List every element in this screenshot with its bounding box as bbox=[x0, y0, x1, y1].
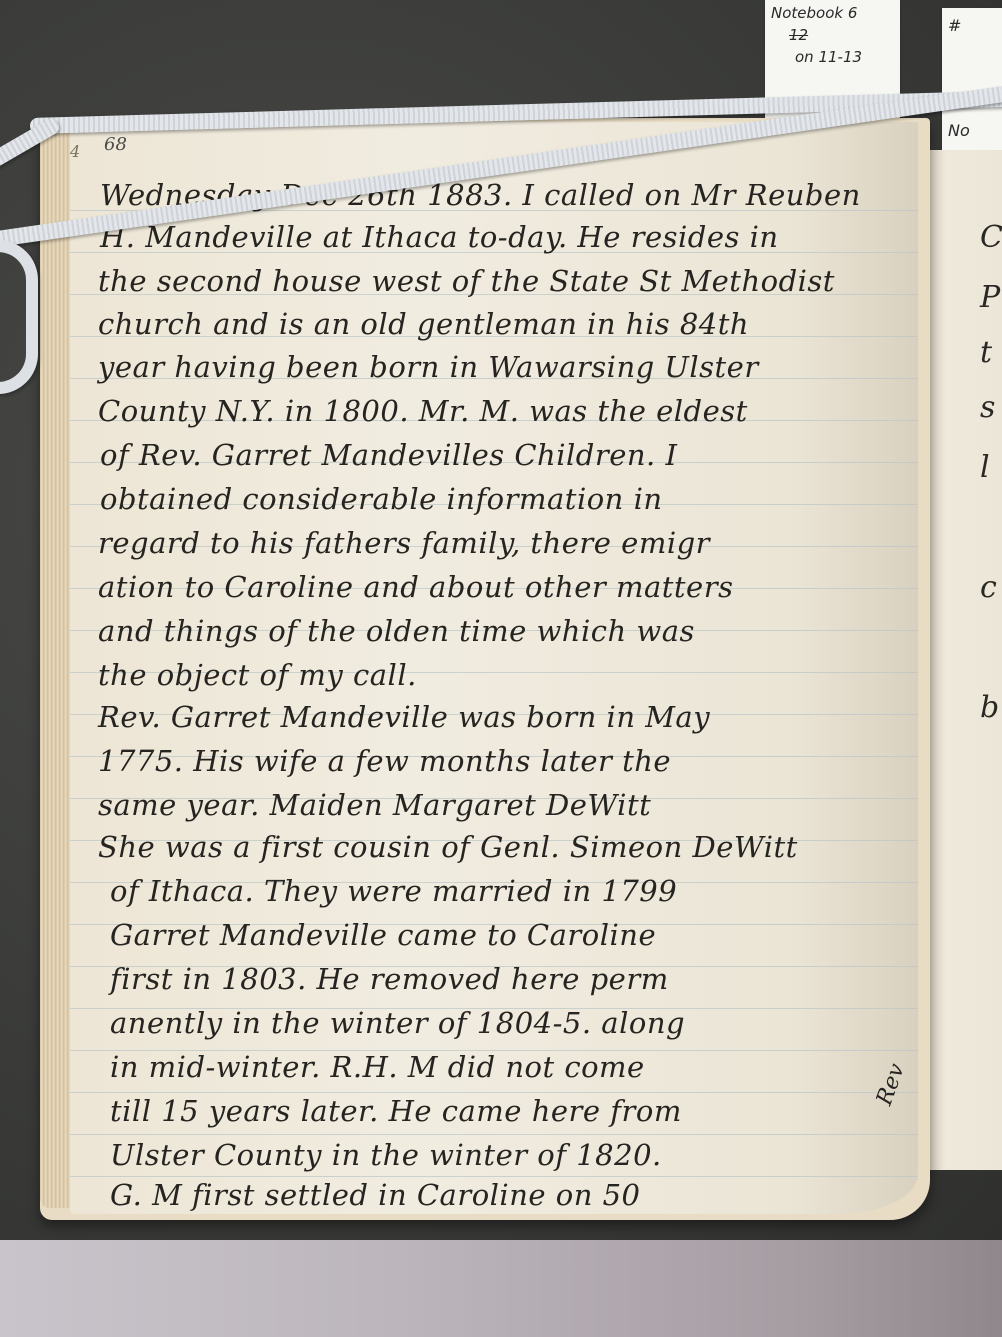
handwritten-line: Ulster County in the winter of 1820. bbox=[110, 1138, 662, 1172]
facing-text-fragment: b bbox=[980, 690, 999, 725]
handwritten-line: of Ithaca. They were married in 1799 bbox=[110, 874, 677, 908]
tab-label-crossed-number: 12 bbox=[771, 24, 894, 46]
notebook-page: 4 68 Wednesday Dec 26th 1883. I called o… bbox=[70, 122, 918, 1214]
handwritten-line: the object of my call. bbox=[98, 658, 417, 692]
facing-page: C P t s l c b bbox=[920, 150, 1002, 1170]
handwritten-line: G. M first settled in Caroline on 50 bbox=[110, 1178, 641, 1212]
handwritten-line: She was a first cousin of Genl. Simeon D… bbox=[98, 830, 798, 864]
handwritten-line: 1775. His wife a few months later the bbox=[98, 744, 671, 778]
table-surface bbox=[0, 1240, 1002, 1337]
tab2-line1: # bbox=[948, 16, 996, 35]
tab-label-date: on 11-13 bbox=[771, 46, 894, 68]
handwritten-line: same year. Maiden Margaret DeWitt bbox=[98, 788, 651, 822]
handwritten-line: year having been born in Wawarsing Ulste… bbox=[98, 350, 759, 384]
handwritten-line: obtained considerable information in bbox=[100, 482, 663, 516]
facing-text-fragment: C bbox=[980, 220, 1002, 255]
handwritten-line: in mid-winter. R.H. M did not come bbox=[110, 1050, 645, 1084]
handwritten-line: church and is an old gentleman in his 84… bbox=[98, 307, 749, 341]
handwritten-line: of Rev. Garret Mandevilles Children. I bbox=[100, 438, 677, 472]
page-edges bbox=[40, 118, 72, 1208]
tab2-line2: No bbox=[948, 121, 996, 140]
facing-text-fragment: l bbox=[980, 450, 990, 485]
ruled-line bbox=[70, 1092, 918, 1093]
ruled-line bbox=[70, 1134, 918, 1135]
underlying-page-number: 4 bbox=[70, 142, 80, 161]
facing-text-fragment: t bbox=[980, 335, 992, 370]
handwritten-line: Garret Mandeville came to Caroline bbox=[110, 918, 656, 952]
handwritten-line: ation to Caroline and about other matter… bbox=[98, 570, 733, 604]
handwritten-line: the second house west of the State St Me… bbox=[98, 264, 835, 298]
handwritten-line: Rev. Garret Mandeville was born in May bbox=[98, 700, 710, 734]
second-tab-label: # No bbox=[942, 8, 1002, 158]
handwritten-line: County N.Y. in 1800. Mr. M. was the elde… bbox=[98, 394, 748, 428]
facing-text-fragment: c bbox=[980, 570, 997, 605]
handwritten-line: till 15 years later. He came here from bbox=[110, 1094, 682, 1128]
handwritten-line: H. Mandeville at Ithaca to-day. He resid… bbox=[100, 220, 779, 254]
handwritten-line: anently in the winter of 1804-5. along bbox=[110, 1006, 685, 1040]
bookmark-cord-loop bbox=[0, 240, 38, 394]
handwritten-line: and things of the olden time which was bbox=[98, 614, 695, 648]
facing-text-fragment: s bbox=[980, 390, 995, 425]
tab-label-title: Notebook 6 bbox=[771, 2, 894, 24]
margin-note: Rev bbox=[872, 1060, 910, 1108]
page-number: 68 bbox=[104, 134, 127, 155]
handwritten-line: first in 1803. He removed here perm bbox=[110, 962, 669, 996]
handwritten-line: regard to his fathers family, there emig… bbox=[98, 526, 710, 560]
ruled-line bbox=[70, 1176, 918, 1177]
facing-text-fragment: P bbox=[980, 280, 1000, 315]
